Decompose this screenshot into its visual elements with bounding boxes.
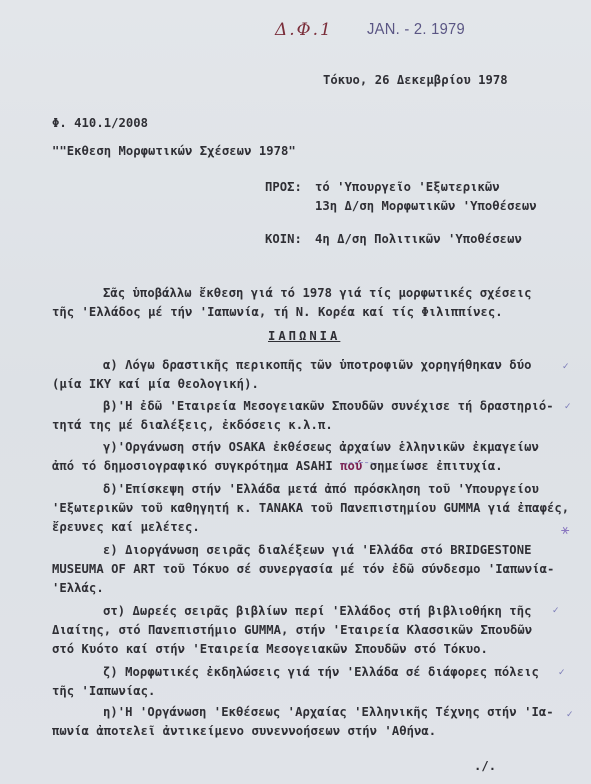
document-page: Δ.Φ.1 JAN. - 2. 1979 Τόκυο, 26 Δεκεμβρίο…: [0, 0, 591, 784]
recipient-to-label: ΠΡΟΣ:: [265, 181, 302, 193]
intro-line-2: τῆς 'Ελλάδος μέ τήν 'Ιαπωνία, τή Ν. Κορέ…: [52, 306, 503, 318]
check-mark-icon: ✓: [564, 402, 572, 412]
item-c-line-2: ἀπό τό δημοσιογραφικό συγκρότημα ASAHI π…: [52, 460, 503, 472]
recipient-cc-line1: 4η Δ/ση Πολιτικῶν 'Υποθέσεων: [315, 233, 522, 245]
item-d-line-1: δ)'Επίσκεψη στήν 'Ελλάδα μετά ἀπό πρόσκλ…: [103, 483, 539, 495]
item-b-line-1: β)'Η ἐδῶ 'Εταιρεία Μεσογειακῶν Σπουδῶν σ…: [103, 400, 554, 412]
check-mark-icon: ✓: [558, 668, 566, 678]
recipient-to-line1: τό 'Υπουργεῖο 'Εξωτερικῶν: [315, 181, 500, 193]
item-g-line-1: ζ) Μορφωτικές ἐκδηλώσεις γιά τήν 'Ελλάδα…: [103, 666, 539, 678]
item-b-line-2: τητά της μέ διαλέξεις, ἐκδόσεις κ.λ.π.: [52, 419, 333, 431]
handwritten-reference: Δ.Φ.1: [275, 20, 333, 40]
item-f-line-1: στ) Δωρεές σειρᾶς βιβλίων περί 'Ελλάδος …: [103, 605, 531, 617]
item-f-line-3: στό Κυότο καί στήν 'Εταιρεία Μεσογειακῶν…: [52, 643, 488, 655]
item-h-line-2: πωνία ἀποτελεῖ ἀντικείμενο συνεννοήσεων …: [52, 725, 436, 737]
check-mark-icon: ✓: [566, 710, 574, 720]
item-a-line-2: (μία ΙΚΥ καί μία θεολογική).: [52, 378, 259, 390]
section-title: ΙΑΠΩΝΙΑ: [268, 330, 340, 342]
document-subject: ""Εκθεση Μορφωτικών Σχέσεων 1978": [52, 145, 296, 157]
item-e-line-1: ε) Διοργάνωση σειρᾶς διαλέξεων γιά 'Ελλά…: [103, 544, 531, 556]
item-h-line-1: η)'Η 'Οργάνωση 'Εκθέσεως 'Αρχαίας 'Ελλην…: [103, 706, 554, 718]
item-d-line-3: ἔρευνες καί μελέτες.: [52, 521, 200, 533]
continuation-mark: ./.: [474, 760, 496, 772]
item-a-line-1: α) Λόγω δραστικῆς περικοπῆς τῶν ὑποτροφι…: [103, 359, 531, 371]
received-date-stamp: JAN. - 2. 1979: [367, 21, 465, 39]
intro-line-1: Σᾶς ὑποβάλλω ἔκθεση γιά τό 1978 γιά τίς …: [103, 287, 531, 299]
item-c-line-2-tail: σημείωσε ἐπιτυχία.: [370, 459, 503, 473]
item-c-line-2-head: ἀπό τό δημοσιογραφικό συγκρότημα ASAHI: [52, 459, 333, 473]
item-d-line-2: 'Εξωτερικῶν τοῦ καθηγητή κ. TANAKA τοῦ Π…: [52, 502, 569, 514]
item-f-line-2: Διαίτης, στό Πανεπιστήμιο GUMMA, στήν 'Ε…: [52, 624, 532, 636]
item-e-line-2: MUSEUMA OF ART τοῦ Τόκυο σέ συνεργασία μ…: [52, 563, 554, 575]
place-date: Τόκυο, 26 Δεκεμβρίου 1978: [323, 74, 508, 86]
check-mark-icon: ✓: [552, 606, 560, 616]
recipient-cc-label: ΚΟΙΝ:: [265, 233, 302, 245]
recipient-to-line2: 13η Δ/ση Μορφωτικῶν 'Υποθέσεων: [315, 200, 537, 212]
cross-mark-icon: ⚹: [561, 522, 569, 538]
item-e-line-3: 'Ελλάς.: [52, 582, 104, 594]
item-c-line-1: γ)'Οργάνωση στήν OSAKA ἐκθέσεως ἀρχαίων …: [103, 441, 539, 453]
item-g-line-2: τῆς 'Ιαπωνίας.: [52, 685, 155, 697]
check-mark-icon: ✓: [562, 362, 570, 372]
file-number: Φ. 410.1/2008: [52, 117, 148, 129]
pencil-squiggle: [340, 462, 380, 468]
